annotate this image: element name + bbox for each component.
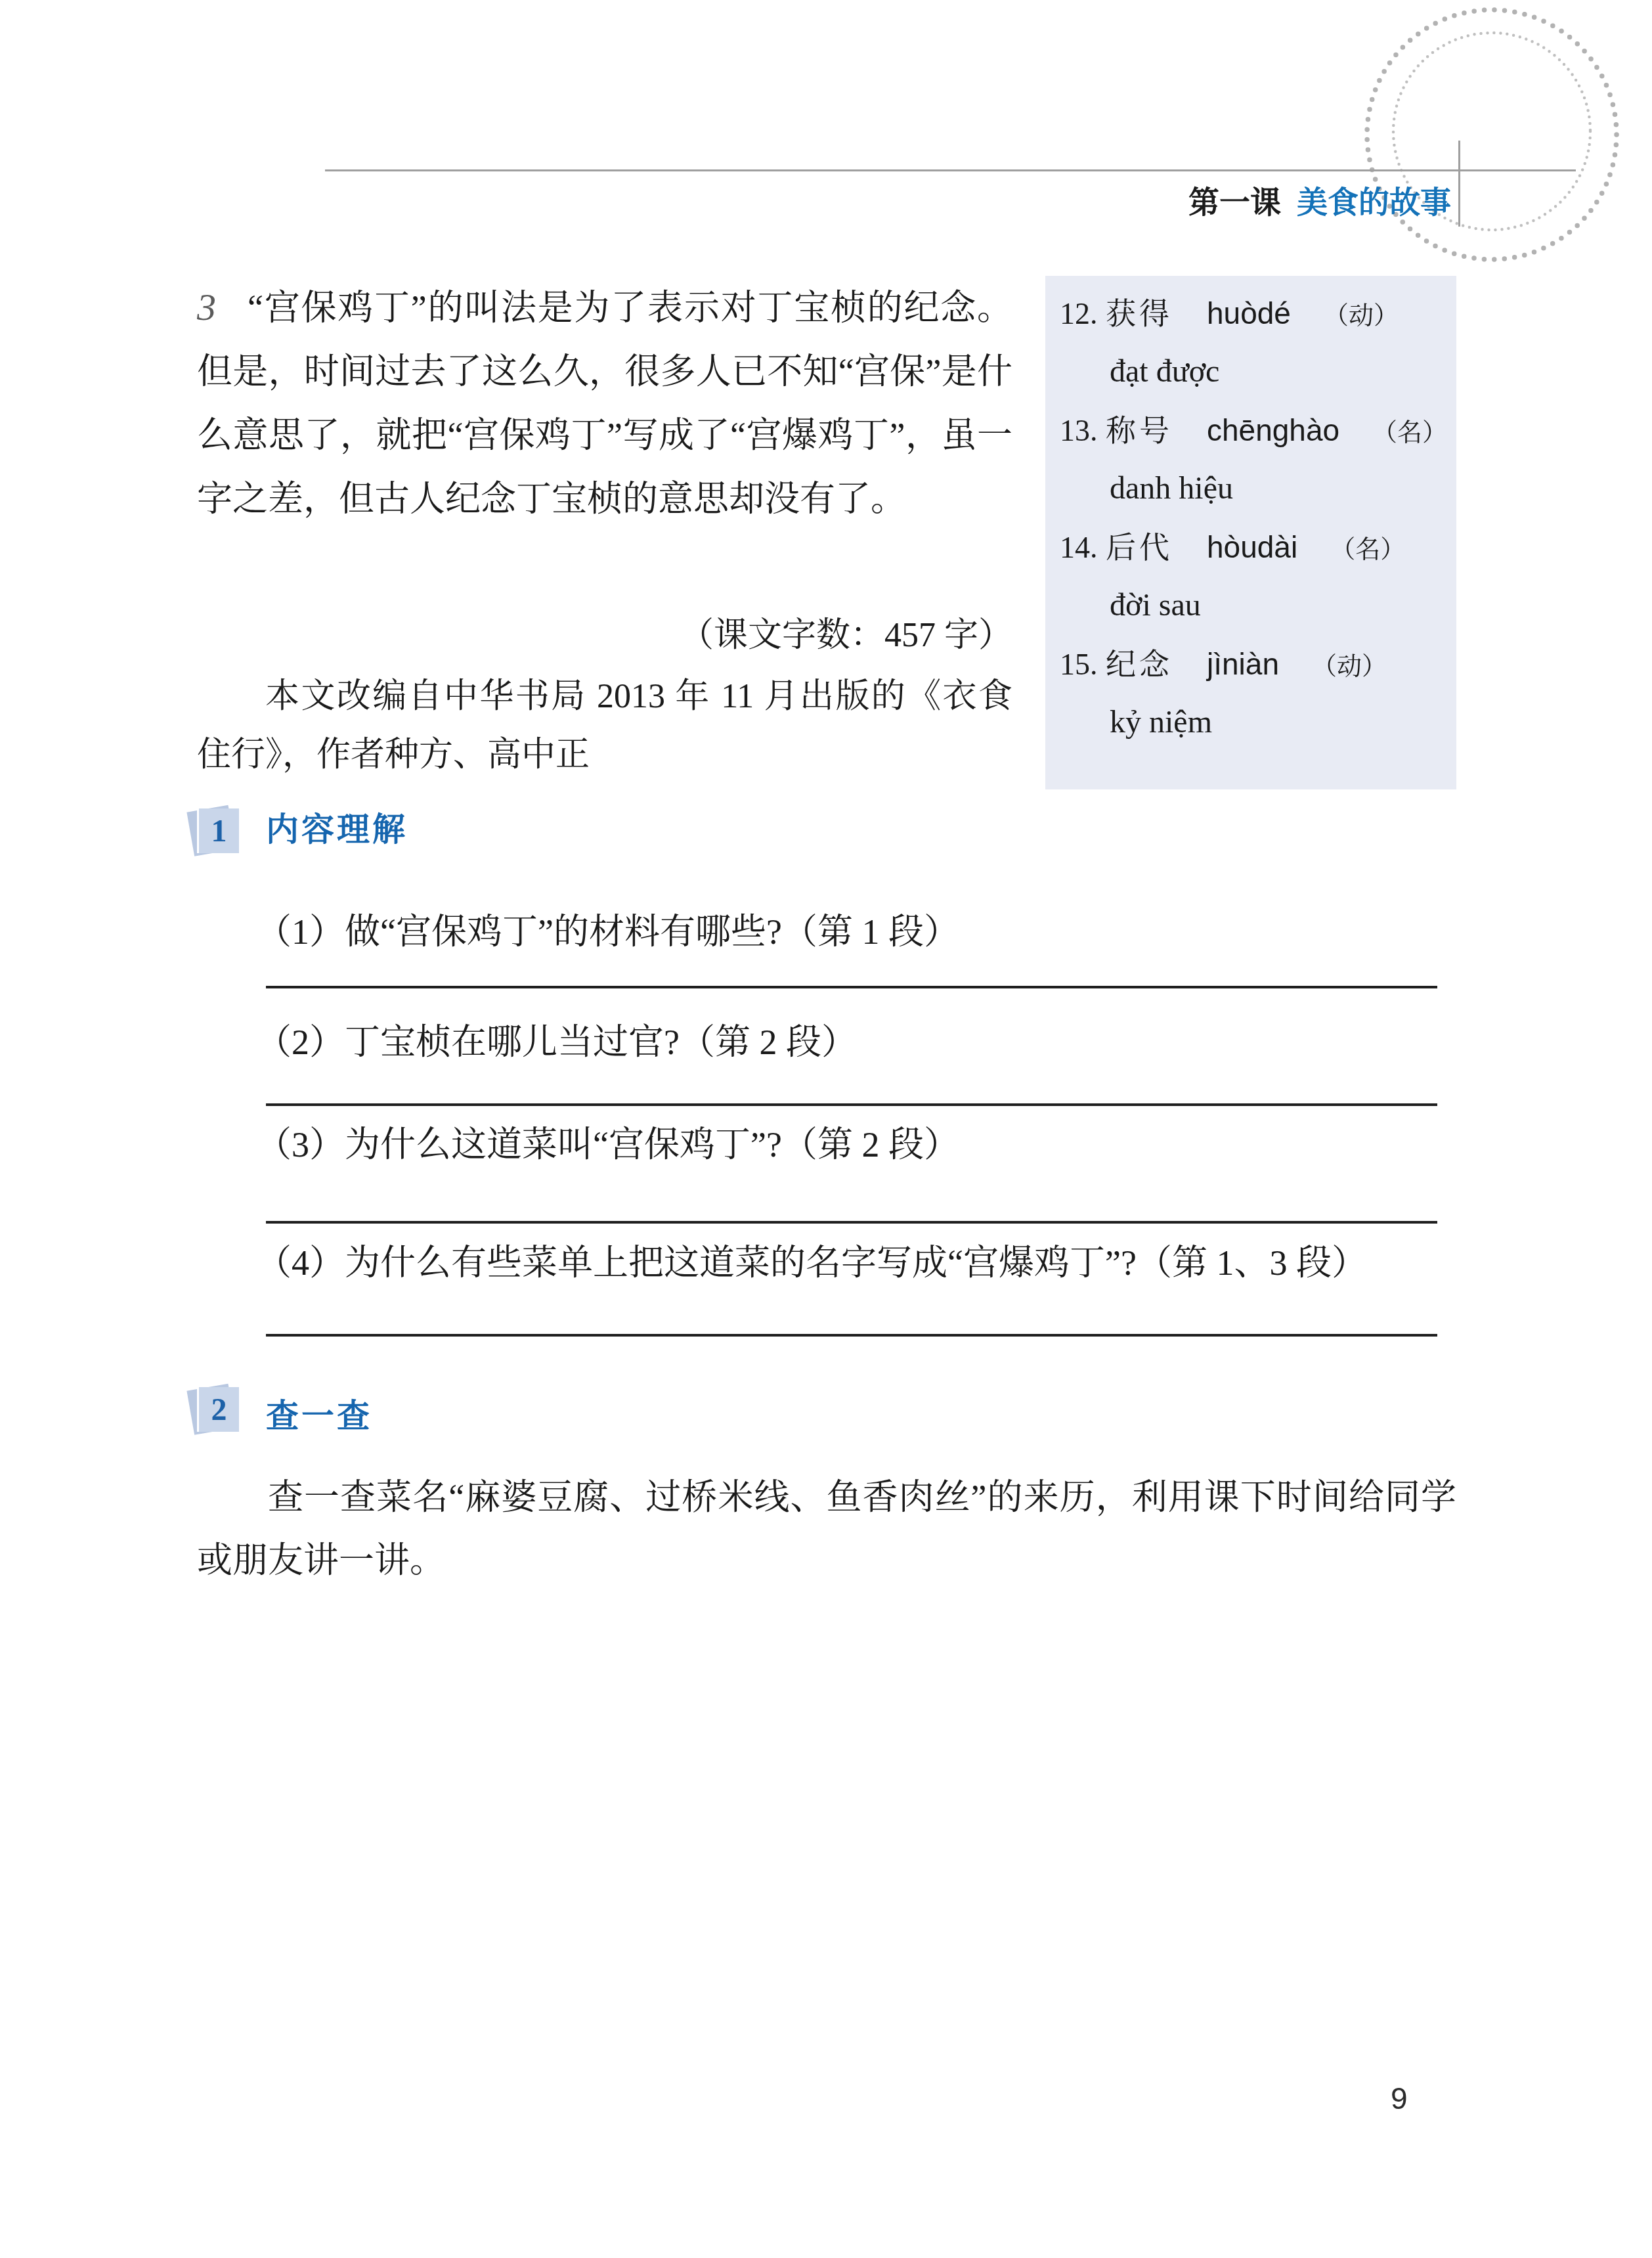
task-text: 查一查菜名“麻婆豆腐、过桥米线、鱼香肉丝”的来历，利用课下时间给同学或朋友讲一讲… <box>197 1466 1456 1592</box>
vocab-word: 获得 <box>1106 296 1207 332</box>
textbook-page: 第一课 美食的故事 3“宫保鸡丁”的叫法是为了表示对丁宝桢的纪念。但是，时间过去… <box>0 0 1652 2258</box>
answer-line-3 <box>266 1221 1437 1224</box>
vocab-pinyin: hòudài <box>1207 529 1297 565</box>
vocab-word: 纪念 <box>1106 646 1207 683</box>
answer-line-4 <box>266 1334 1437 1337</box>
vocab-pinyin: chēnghào <box>1207 412 1339 449</box>
section-1-badge-number: 1 <box>197 808 239 853</box>
vocab-part-of-speech: （动） <box>1312 648 1387 685</box>
section-1-title: 内容理解 <box>266 811 408 848</box>
vocab-number: 14. <box>1060 529 1106 566</box>
section-2-badge: 2 <box>197 1387 239 1432</box>
paragraph-text: “宫保鸡丁”的叫法是为了表示对丁宝桢的纪念。但是，时间过去了这么久，很多人已不知… <box>197 288 1012 519</box>
vocab-item: 13. 称号 chēnghào （名） danh hiệu <box>1060 412 1456 529</box>
question-2: （2）丁宝桢在哪儿当过官?（第 2 段） <box>256 1022 1445 1063</box>
vocab-word: 后代 <box>1106 529 1207 566</box>
vocab-pinyin: huòdé <box>1207 295 1291 332</box>
vocab-item: 12. 获得 huòdé （动） đạt được <box>1060 295 1456 412</box>
vocab-part-of-speech: （名） <box>1372 414 1447 451</box>
word-count-note: （课文字数：457 字） <box>197 616 1012 655</box>
chapter-number: 第一课 <box>1188 186 1281 219</box>
vocab-item: 15. 纪念 jìniàn （动） kỷ niệm <box>1060 646 1456 763</box>
chapter-title: 美食的故事 <box>1297 186 1451 219</box>
header-vertical-rule <box>1458 141 1460 227</box>
vocab-entry-line: 12. 获得 huòdé （动） <box>1060 295 1456 334</box>
vocab-translation: danh hiệu <box>1110 470 1456 507</box>
vocab-word: 称号 <box>1106 412 1207 449</box>
vocab-item: 14. 后代 hòudài （名） đời sau <box>1060 529 1456 646</box>
paragraph-number: 3 <box>197 286 216 328</box>
header-horizontal-rule <box>325 169 1576 171</box>
vocab-entry-line: 14. 后代 hòudài （名） <box>1060 529 1456 568</box>
vocab-entry-line: 15. 纪念 jìniàn （动） <box>1060 646 1456 685</box>
page-number: 9 <box>1391 2081 1408 2116</box>
vocab-translation: đời sau <box>1110 587 1456 624</box>
vocab-translation: kỷ niệm <box>1110 704 1456 741</box>
answer-line-1 <box>266 986 1437 988</box>
question-3: （3）为什么这道菜叫“宫保鸡丁”?（第 2 段） <box>256 1124 1445 1165</box>
vocab-number: 13. <box>1060 412 1106 449</box>
dotted-rings-decoration-icon <box>1334 0 1649 299</box>
section-1-badge: 1 <box>197 808 239 853</box>
source-note: 本文改编自中华书局 2013 年 11 月出版的《衣食住行》，作者种方、高中正 <box>197 667 1012 784</box>
vocab-number: 12. <box>1060 296 1106 332</box>
section-2-title: 查一查 <box>266 1398 372 1434</box>
reading-paragraph: 3“宫保鸡丁”的叫法是为了表示对丁宝桢的纪念。但是，时间过去了这么久，很多人已不… <box>197 275 1012 531</box>
vocab-pinyin: jìniàn <box>1207 646 1279 682</box>
question-4: （4）为什么有些菜单上把这道菜的名字写成“宫爆鸡丁”?（第 1、3 段） <box>256 1243 1445 1283</box>
question-1: （1）做“宫保鸡丁”的材料有哪些?（第 1 段） <box>256 912 1445 952</box>
vocab-translation: đạt được <box>1110 353 1456 390</box>
chapter-header: 第一课 美食的故事 <box>1188 186 1451 219</box>
vocabulary-box: 12. 获得 huòdé （动） đạt được 13. 称号 chēnghà… <box>1045 276 1456 789</box>
section-2-badge-number: 2 <box>197 1387 239 1432</box>
vocab-number: 15. <box>1060 646 1106 683</box>
vocab-part-of-speech: （名） <box>1330 531 1405 568</box>
vocab-entry-line: 13. 称号 chēnghào （名） <box>1060 412 1456 451</box>
vocab-part-of-speech: （动） <box>1324 298 1399 334</box>
answer-line-2 <box>266 1103 1437 1106</box>
